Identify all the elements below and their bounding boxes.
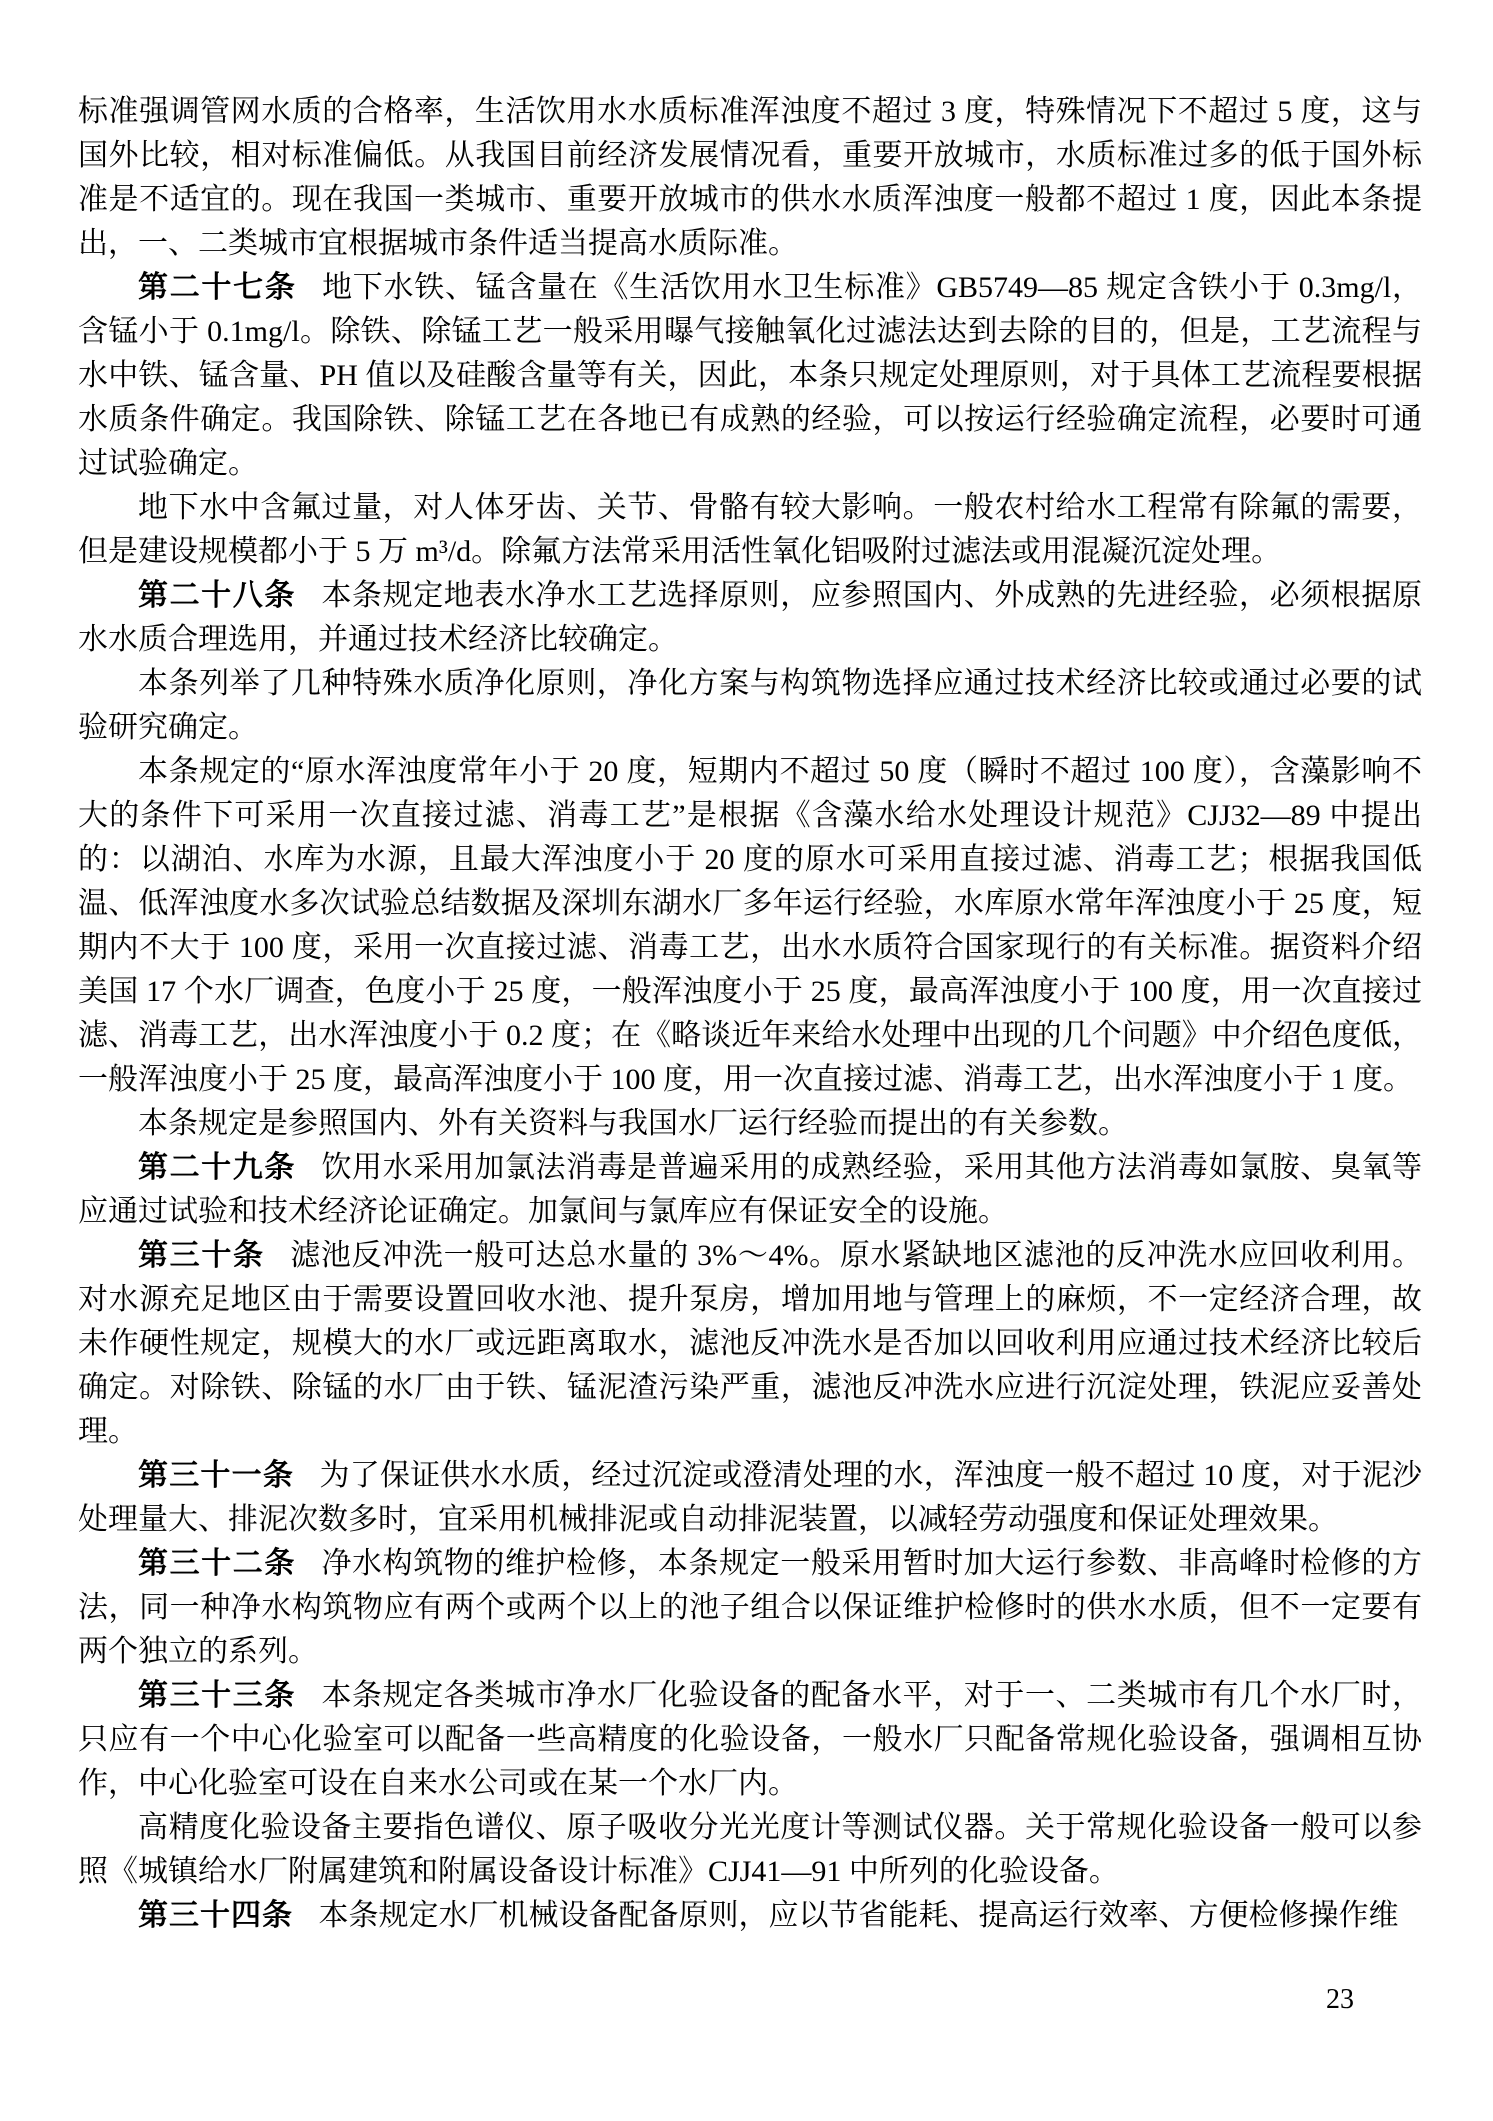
paragraph-text: 地下水中含氟过量，对人体牙齿、关节、骨骼有较大影响。一般农村给水工程常有除氟的需… <box>78 491 1422 568</box>
paragraph: 本条列举了几种特殊水质净化原则，净化方案与构筑物选择应通过技术经济比较或通过必要… <box>78 662 1422 750</box>
paragraph: 第三十四条本条规定水厂机械设备配备原则，应以节省能耗、提高运行效率、方便检修操作… <box>78 1894 1422 1938</box>
article-heading: 第三十一条 <box>138 1459 294 1492</box>
paragraph-text: 标准强调管网水质的合格率，生活饮用水水质标准浑浊度不超过 3 度，特殊情况下不超… <box>78 95 1422 260</box>
document-body: 标准强调管网水质的合格率，生活饮用水水质标准浑浊度不超过 3 度，特殊情况下不超… <box>78 90 1422 1938</box>
paragraph: 第三十条滤池反冲洗一般可达总水量的 3%～4%。原水紧缺地区滤池的反冲洗水应回收… <box>78 1234 1422 1454</box>
document-page: 标准强调管网水质的合格率，生活饮用水水质标准浑浊度不超过 3 度，特殊情况下不超… <box>0 0 1493 2121</box>
paragraph: 地下水中含氟过量，对人体牙齿、关节、骨骼有较大影响。一般农村给水工程常有除氟的需… <box>78 486 1422 574</box>
paragraph-text: 本条列举了几种特殊水质净化原则，净化方案与构筑物选择应通过技术经济比较或通过必要… <box>78 667 1422 744</box>
article-heading: 第三十四条 <box>138 1899 293 1932</box>
paragraph-text: 本条规定水厂机械设备配备原则，应以节省能耗、提高运行效率、方便检修操作维 <box>319 1899 1399 1932</box>
paragraph-text: 滤池反冲洗一般可达总水量的 3%～4%。原水紧缺地区滤池的反冲洗水应回收利用。对… <box>78 1239 1422 1448</box>
paragraph: 第二十八条本条规定地表水净水工艺选择原则，应参照国内、外成熟的先进经验，必须根据… <box>78 574 1422 662</box>
paragraph: 第三十二条净水构筑物的维护检修，本条规定一般采用暂时加大运行参数、非高峰时检修的… <box>78 1542 1422 1674</box>
page-number: 23 <box>1326 1984 1354 2016</box>
article-heading: 第三十二条 <box>138 1547 296 1580</box>
paragraph: 第二十九条饮用水采用加氯法消毒是普遍采用的成熟经验，采用其他方法消毒如氯胺、臭氧… <box>78 1146 1422 1234</box>
article-heading: 第三十三条 <box>138 1679 296 1712</box>
article-heading: 第二十八条 <box>138 579 296 612</box>
paragraph: 第三十一条为了保证供水水质，经过沉淀或澄清处理的水，浑浊度一般不超过 10 度，… <box>78 1454 1422 1542</box>
paragraph: 高精度化验设备主要指色谱仪、原子吸收分光光度计等测试仪器。关于常规化验设备一般可… <box>78 1806 1422 1894</box>
paragraph: 第二十七条地下水铁、锰含量在《生活饮用水卫生标准》GB5749—85 规定含铁小… <box>78 266 1422 486</box>
paragraph: 本条规定是参照国内、外有关资料与我国水厂运行经验而提出的有关参数。 <box>78 1102 1422 1146</box>
article-heading: 第二十九条 <box>138 1151 296 1184</box>
paragraph: 标准强调管网水质的合格率，生活饮用水水质标准浑浊度不超过 3 度，特殊情况下不超… <box>78 90 1422 266</box>
paragraph: 本条规定的“原水浑浊度常年小于 20 度，短期内不超过 50 度（瞬时不超过 1… <box>78 750 1422 1102</box>
article-heading: 第二十七条 <box>138 271 297 304</box>
article-heading: 第三十条 <box>138 1239 265 1272</box>
paragraph-text: 本条规定是参照国内、外有关资料与我国水厂运行经验而提出的有关参数。 <box>138 1107 1128 1140</box>
paragraph: 第三十三条本条规定各类城市净水厂化验设备的配备水平，对于一、二类城市有几个水厂时… <box>78 1674 1422 1806</box>
paragraph-text: 高精度化验设备主要指色谱仪、原子吸收分光光度计等测试仪器。关于常规化验设备一般可… <box>78 1811 1422 1888</box>
paragraph-text: 本条规定的“原水浑浊度常年小于 20 度，短期内不超过 50 度（瞬时不超过 1… <box>78 755 1422 1096</box>
